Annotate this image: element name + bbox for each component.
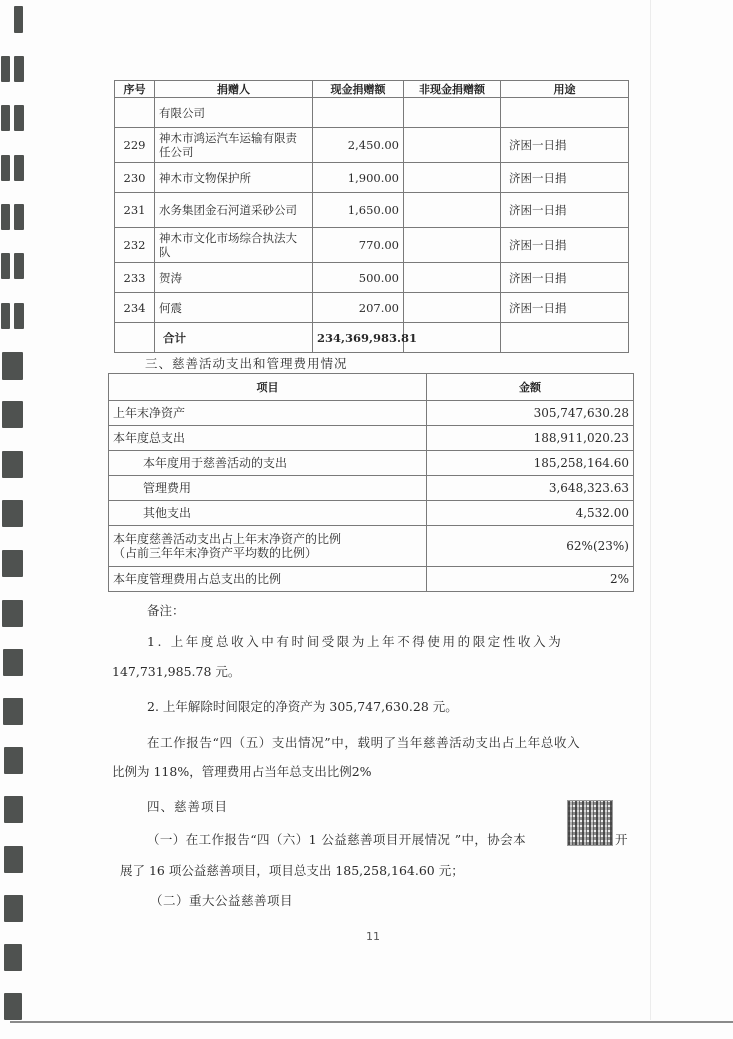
- table-row: 232 神木市文化市场综合执法大队 770.00 济困一日捐: [115, 228, 629, 263]
- notes-paragraph-line2: 比例为 118%，管理费用占当年总支出比例2%: [112, 762, 372, 780]
- table-row: 233 贺涛 500.00 济困一日捐: [115, 263, 629, 293]
- table-row: 231 水务集团金石河道采砂公司 1,650.00 济困一日捐: [115, 193, 629, 228]
- cell-noncash: [404, 263, 501, 293]
- cell-index: 231: [115, 193, 155, 228]
- cell-cash: 500.00: [313, 263, 404, 293]
- section-4-item1-line1-end: 开: [615, 830, 628, 848]
- cell-noncash: [404, 98, 501, 128]
- cell-index: 230: [115, 163, 155, 193]
- total-cash: 234,369,983.81: [313, 323, 404, 353]
- section-4-heading: 四、慈善项目: [147, 797, 228, 815]
- cell-noncash: [404, 228, 501, 263]
- table-row: 有限公司: [115, 98, 629, 128]
- cell-item: 本年度管理费用占总支出的比例: [109, 567, 427, 592]
- cell-noncash: [404, 193, 501, 228]
- cell-purpose: 济困一日捐: [501, 228, 629, 263]
- expenditure-table: 项目 金额 上年末净资产 305,747,630.28 本年度总支出 188,9…: [108, 373, 634, 592]
- donations-table: 序号 捐赠人 现金捐赠额 非现金捐赠额 用途 有限公司 229 神木市鸿运汽车运…: [114, 80, 629, 353]
- section-3-heading: 三、慈善活动支出和管理费用情况: [145, 354, 348, 372]
- col-header-cash: 现金捐赠额: [313, 81, 404, 98]
- note-2: 2. 上年解除时间限定的净资产为 305,747,630.28 元。: [147, 697, 458, 715]
- table-row: 本年度用于慈善活动的支出 185,258,164.60: [109, 451, 634, 476]
- note-1-line2: 147,731,985.78 元。: [112, 662, 240, 680]
- binder-holes: [0, 0, 30, 1039]
- cell-donor: 神木市鸿运汽车运输有限责任公司: [155, 128, 313, 163]
- cell-purpose: 济困一日捐: [501, 128, 629, 163]
- cell-amount: 3,648,323.63: [427, 476, 634, 501]
- cell-cash: [313, 98, 404, 128]
- cell-purpose: [501, 98, 629, 128]
- col-header-amount: 金额: [427, 374, 634, 401]
- cell-purpose: 济困一日捐: [501, 193, 629, 228]
- table-total-row: 合计 234,369,983.81: [115, 323, 629, 353]
- cell-purpose: 济困一日捐: [501, 163, 629, 193]
- page-number: 11: [366, 930, 380, 943]
- table-row: 本年度总支出 188,911,020.23: [109, 426, 634, 451]
- cell-cash: 207.00: [313, 293, 404, 323]
- cell-amount: 185,258,164.60: [427, 451, 634, 476]
- cell-index: 229: [115, 128, 155, 163]
- cell-index: 234: [115, 293, 155, 323]
- col-header-index: 序号: [115, 81, 155, 98]
- section-4-item1-line1: （一）在工作报告“四（六）1 公益慈善项目开展情况 ”中，协会本: [147, 830, 526, 848]
- cell-item: 本年度用于慈善活动的支出: [109, 451, 427, 476]
- cell-item: 本年度总支出: [109, 426, 427, 451]
- table-row: 上年末净资产 305,747,630.28: [109, 401, 634, 426]
- cell-cash: 1,900.00: [313, 163, 404, 193]
- section-4-item1-line2: 展了 16 项公益慈善项目，项目总支出 185,258,164.60 元；: [120, 861, 464, 879]
- cell-amount: 2%: [427, 567, 634, 592]
- cell-purpose: 济困一日捐: [501, 293, 629, 323]
- cell-item-line1: 本年度慈善活动支出占上年末净资产的比例: [113, 532, 422, 546]
- section-4-item2: （二）重大公益慈善项目: [150, 891, 293, 909]
- cell-item: 本年度慈善活动支出占上年末净资产的比例 （占前三年年末净资产平均数的比例）: [109, 526, 427, 567]
- cell-donor: 神木市文物保护所: [155, 163, 313, 193]
- cell-noncash: [404, 128, 501, 163]
- cell-item: 上年末净资产: [109, 401, 427, 426]
- cell-noncash: [404, 323, 501, 353]
- table-row: 229 神木市鸿运汽车运输有限责任公司 2,450.00 济困一日捐: [115, 128, 629, 163]
- notes-paragraph-line1: 在工作报告“四（五）支出情况”中，载明了当年慈善活动支出占上年总收入: [147, 733, 580, 751]
- table-row: 本年度管理费用占总支出的比例 2%: [109, 567, 634, 592]
- cell-index: 232: [115, 228, 155, 263]
- cell-purpose: [501, 323, 629, 353]
- table-row: 230 神木市文物保护所 1,900.00 济困一日捐: [115, 163, 629, 193]
- table-row: 234 何震 207.00 济困一日捐: [115, 293, 629, 323]
- qr-code-stamp: [567, 800, 613, 846]
- cell-index: [115, 323, 155, 353]
- cell-item: 管理费用: [109, 476, 427, 501]
- table-row: 其他支出 4,532.00: [109, 501, 634, 526]
- cell-amount: 188,911,020.23: [427, 426, 634, 451]
- table-row: 本年度慈善活动支出占上年末净资产的比例 （占前三年年末净资产平均数的比例） 62…: [109, 526, 634, 567]
- cell-item-line2: （占前三年年末净资产平均数的比例）: [113, 546, 422, 560]
- table-row: 管理费用 3,648,323.63: [109, 476, 634, 501]
- cell-index: [115, 98, 155, 128]
- cell-index: 233: [115, 263, 155, 293]
- cell-donor: 有限公司: [155, 98, 313, 128]
- cell-cash: 770.00: [313, 228, 404, 263]
- note-1-line1: 1. 上年度总收入中有时间受限为上年不得使用的限定性收入为: [147, 632, 563, 650]
- cell-donor: 神木市文化市场综合执法大队: [155, 228, 313, 263]
- cell-purpose: 济困一日捐: [501, 263, 629, 293]
- cell-noncash: [404, 293, 501, 323]
- cell-cash: 1,650.00: [313, 193, 404, 228]
- col-header-purpose: 用途: [501, 81, 629, 98]
- table-header-row: 项目 金额: [109, 374, 634, 401]
- cell-amount: 4,532.00: [427, 501, 634, 526]
- cell-amount: 62%(23%): [427, 526, 634, 567]
- page-bottom-edge: [10, 1021, 733, 1023]
- cell-donor: 水务集团金石河道采砂公司: [155, 193, 313, 228]
- page-fold-line: [650, 0, 651, 1020]
- cell-item: 其他支出: [109, 501, 427, 526]
- cell-cash: 2,450.00: [313, 128, 404, 163]
- col-header-donor: 捐赠人: [155, 81, 313, 98]
- cell-donor: 何震: [155, 293, 313, 323]
- table-header-row: 序号 捐赠人 现金捐赠额 非现金捐赠额 用途: [115, 81, 629, 98]
- col-header-noncash: 非现金捐赠额: [404, 81, 501, 98]
- col-header-item: 项目: [109, 374, 427, 401]
- cell-amount: 305,747,630.28: [427, 401, 634, 426]
- cell-noncash: [404, 163, 501, 193]
- cell-donor: 贺涛: [155, 263, 313, 293]
- total-label: 合计: [155, 323, 313, 353]
- notes-label: 备注：: [147, 601, 185, 619]
